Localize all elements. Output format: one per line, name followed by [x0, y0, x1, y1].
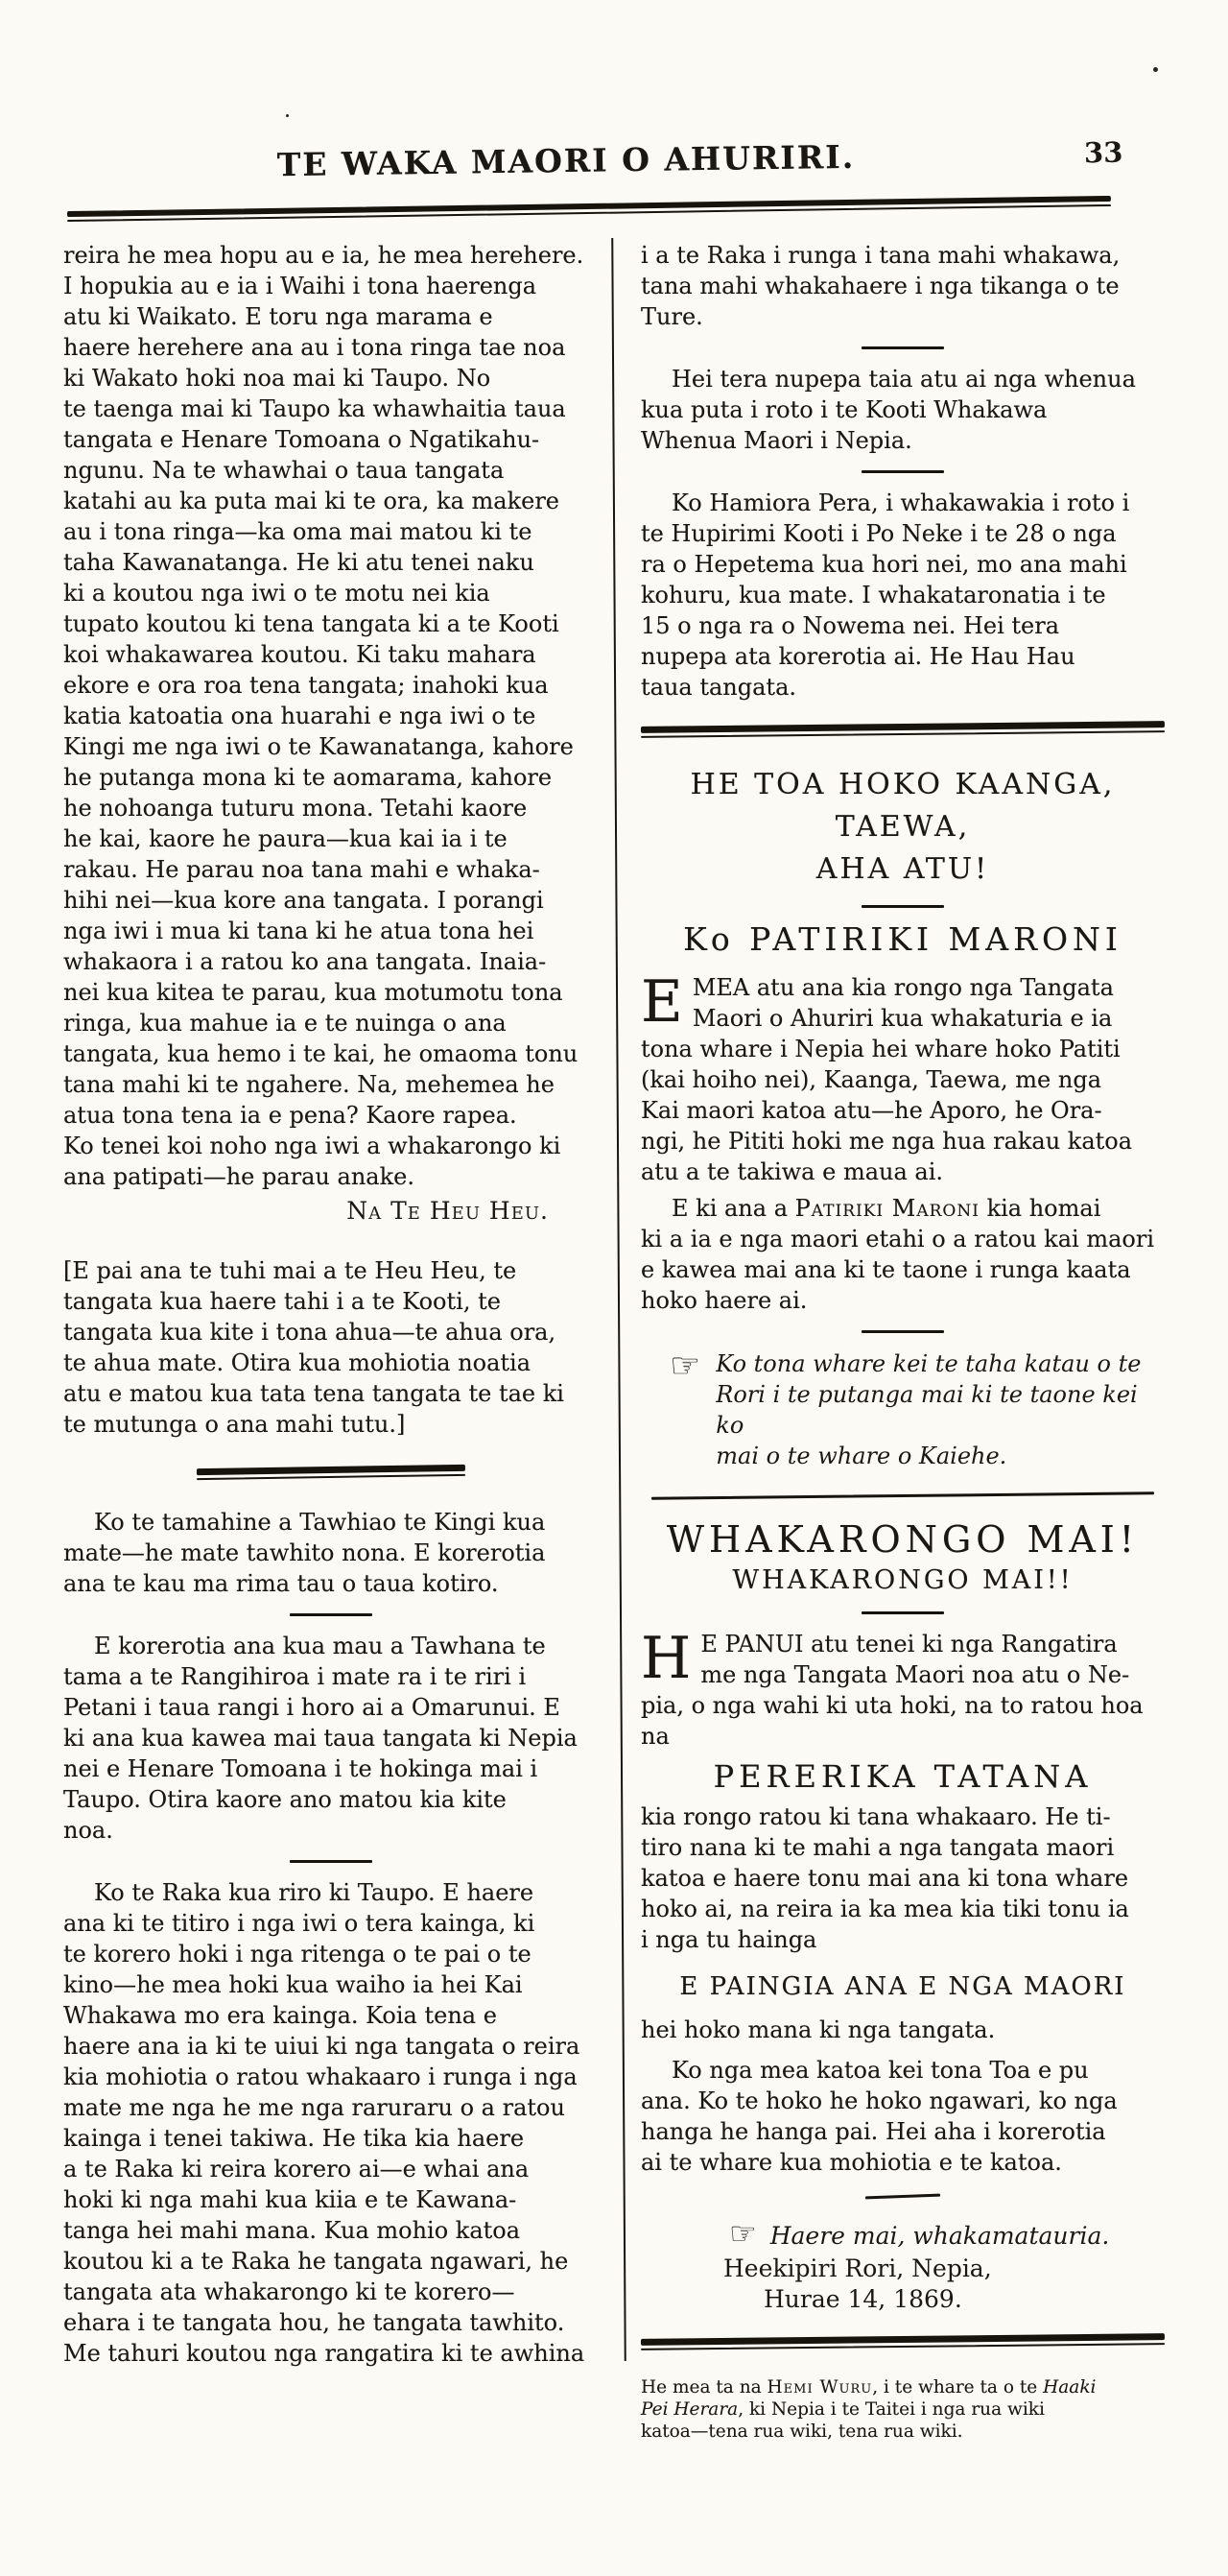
- listen-ad-body-3: hei hoko mana ki nga tangata.: [641, 2015, 1165, 2045]
- colophon-printer-name: Hemi Wuru: [767, 2377, 873, 2397]
- item-separator-rule: [862, 1611, 944, 1614]
- rule-bar: [197, 1474, 465, 1480]
- scan-artifact-dot: [286, 114, 289, 117]
- drop-cap: H: [641, 1629, 700, 1683]
- left-column: reira he mea hopu au e ia, he mea herehe…: [63, 240, 599, 2443]
- item-separator-rule: [862, 1330, 944, 1333]
- colophon-mid: , i te whare ta o te: [872, 2377, 1043, 2397]
- listen-ad-tagline: ☞Haere mai, whakamatauria.: [641, 2215, 1165, 2254]
- store-ad-body2-pre: E ki ana a: [672, 1195, 795, 1222]
- store-ad-proprietor-name: Ko PATIRIKI MARONI: [641, 922, 1165, 957]
- news-item-raka: Ko te Raka kua riro ki Taupo. E haere an…: [63, 1877, 599, 2369]
- manicule-icon: ☞: [729, 2215, 757, 2252]
- editor-note: [E pai ana te tuhi mai a te Heu Heu, te …: [63, 1255, 599, 1440]
- advertiser-address-line: Heekipiri Rori, Nepia,: [641, 2254, 1165, 2284]
- advert-date-line: Hurae 14, 1869.: [641, 2284, 1165, 2315]
- advert-section-rule-single: [651, 1491, 1154, 1499]
- header-double-rule: [67, 196, 1111, 222]
- listen-ad-heading-2: WHAKARONGO MAI!!: [641, 1564, 1165, 1597]
- masthead-title: TE WAKA MAORI O AHURIRI.: [0, 134, 1132, 187]
- item-separator-rule: [862, 346, 944, 349]
- news-item-nupepa: Hei tera nupepa taia atu ai nga whenua k…: [641, 364, 1165, 456]
- drop-cap: E: [641, 972, 693, 1027]
- store-ad-body2-name: Patiriki Maroni: [795, 1195, 980, 1222]
- paragraph-heu-heu-letter: reira he mea hopu au e ia, he mea herehe…: [63, 240, 599, 1192]
- columns: reira he mea hopu au e ia, he mea herehe…: [63, 240, 1165, 2443]
- store-ad-body-2: E ki ana a Patiriki Maroni kia homai ki …: [641, 1193, 1165, 1316]
- listen-ad-heading-1: WHAKARONGO MAI!: [641, 1518, 1165, 1561]
- store-location-note: ☞ Ko tona whare kei te taha katau o te R…: [641, 1348, 1165, 1471]
- listen-ad-tagline-text: Haere mai, whakamatauria.: [770, 2222, 1110, 2250]
- page-number: 33: [1083, 136, 1122, 170]
- listen-ad-trader-name: PERERIKA TATANA: [641, 1757, 1165, 1796]
- news-item-tawhana: E korerotia ana kua mau a Tawhana te tam…: [63, 1631, 599, 1846]
- item-separator-rule: [290, 1860, 372, 1863]
- listen-ad-body-text: E PANUI atu tenei ki nga Rangatira me ng…: [641, 1631, 1144, 1750]
- store-ad-heading: HE TOA HOKO KAANGA, TAEWA, AHA ATU!: [641, 764, 1165, 891]
- store-ad-body-text: MEA atu ana kia rongo nga Tangata Maori …: [641, 974, 1132, 1185]
- item-separator-rule: [862, 470, 944, 473]
- item-separator-rule: [865, 2194, 940, 2200]
- colophon-section-rule: [641, 2333, 1165, 2350]
- listen-ad-body-4: Ko nga mea katoa kei tona Toa e pu ana. …: [641, 2055, 1165, 2178]
- store-location-note-text: Ko tona whare kei te taha katau o te Ror…: [716, 1348, 1165, 1471]
- listen-ad-subheading: E PAINGIA ANA E NGA MAORI: [641, 1970, 1165, 2003]
- news-item-hamiora-pera: Ko Hamiora Pera, i whakawakia i roto i t…: [641, 488, 1165, 703]
- manicule-icon: ☞: [670, 1348, 700, 1385]
- item-separator-rule: [862, 905, 944, 908]
- colophon: He mea ta na Hemi Wuru, i te whare ta o …: [641, 2376, 1165, 2443]
- listen-ad-body: HE PANUI atu tenei ki nga Rangatira me n…: [641, 1629, 1165, 1752]
- scan-artifact-dot: [1153, 67, 1158, 72]
- newspaper-page: TE WAKA MAORI O AHURIRI. 33 reira he mea…: [0, 0, 1228, 2576]
- letter-signature: Na Te Heu Heu.: [63, 1196, 599, 1227]
- right-column: i a te Raka i runga i tana mahi whakawa,…: [641, 240, 1165, 2443]
- news-item-tamahine: Ko te tamahine a Tawhiao te Kingi kua ma…: [63, 1507, 599, 1599]
- store-ad-body: EMEA atu ana kia rongo nga Tangata Maori…: [641, 972, 1165, 1187]
- listen-ad-body-2: kia rongo ratou ki tana whakaaro. He ti-…: [641, 1801, 1165, 1955]
- advert-section-rule: [641, 721, 1165, 738]
- paragraph-raka-continued: i a te Raka i runga i tana mahi whakawa,…: [641, 240, 1165, 332]
- section-double-rule: [197, 1465, 465, 1480]
- item-separator-rule: [290, 1613, 372, 1616]
- colophon-pre: He mea ta na: [641, 2377, 767, 2397]
